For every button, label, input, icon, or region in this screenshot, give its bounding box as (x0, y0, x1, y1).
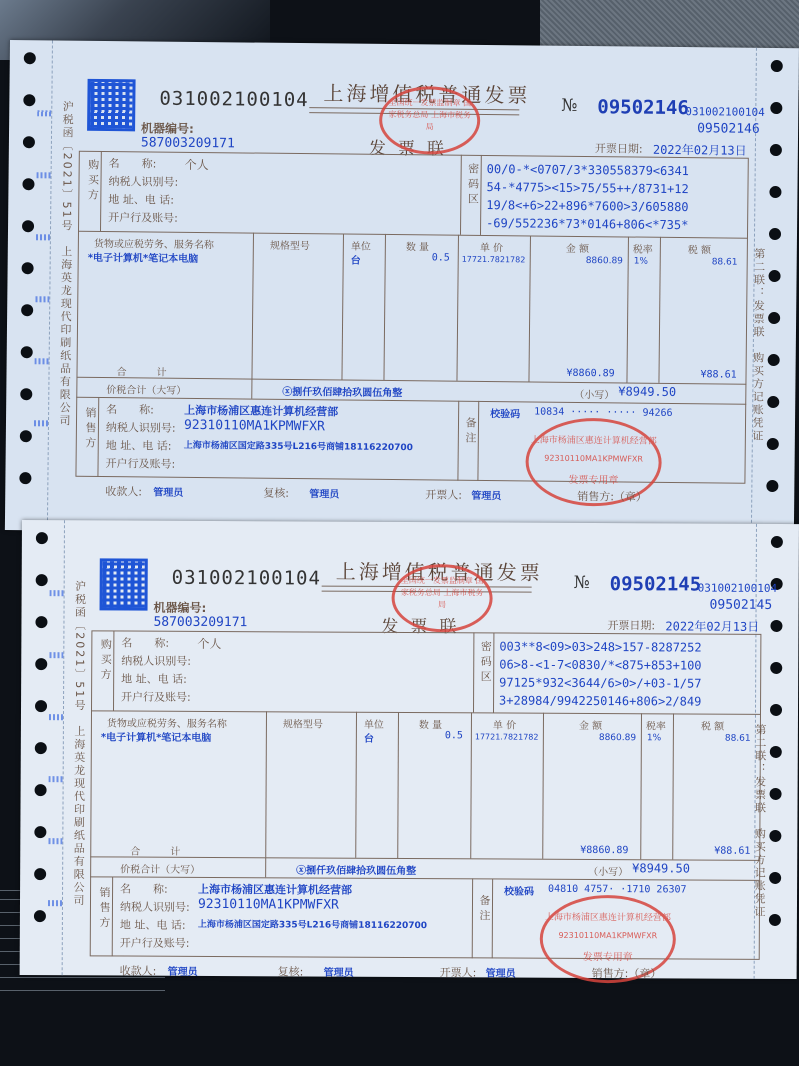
printer-side-label: 沪税函〔2021〕51号 上海英龙现代印刷纸品有限公司 (70, 580, 88, 907)
check-code: 10834 ····· ····· 94266 (534, 407, 673, 419)
check-code: 04810 4757· ·1710 26307 (548, 884, 687, 896)
item-price: 17721.7821782 (462, 255, 526, 265)
col-header-rate: 税率 (646, 717, 666, 732)
margin-print-mark (48, 900, 62, 906)
total-amount: ¥8860.89 (566, 368, 614, 380)
item-rate: 1% (634, 257, 648, 267)
col-header-unit: 单位 (364, 716, 384, 731)
grand-total-label: 价税合计（大写） (106, 381, 186, 397)
margin-print-mark (36, 234, 50, 240)
invoice-09502146: 031002100104 上海增值税普通发票 发票联 全国统一发票监制章 国家税… (5, 40, 799, 538)
grand-total: ¥8949.50 (632, 861, 690, 875)
col-header-spec: 规格型号 (270, 237, 310, 252)
issuer: 管理员 (486, 964, 516, 979)
seller-section-label: 销售方 (82, 407, 98, 452)
grand-total-small-label: （小写） (588, 863, 628, 878)
col-header-price: 单 价 (493, 716, 516, 731)
seller-section-label: 销售方 (96, 886, 112, 931)
invoice-date: 2022年02月13日 (665, 617, 759, 634)
seller-bank-label: 开户行及账号: (120, 935, 190, 951)
item-amount: 8860.89 (599, 733, 636, 743)
item-qty: 0.5 (445, 730, 463, 741)
col-header-amount: 金 额 (566, 240, 589, 255)
reviewer: 管理员 (324, 964, 354, 979)
issuer: 管理员 (471, 487, 501, 502)
invoice-number: 09502146 (597, 96, 689, 119)
margin-print-mark (37, 172, 51, 178)
perforation-left (62, 520, 65, 975)
machine-number: 587003209171 (153, 615, 247, 630)
grand-total-words: ⓧ捌仟玖佰肆拾玖圆伍角整 (296, 861, 416, 877)
seller-tax-id: 92310110MA1KPMWFXR (198, 897, 339, 913)
seller-tax-id: 92310110MA1KPMWFXR (184, 418, 325, 434)
grand-total: ¥8949.50 (618, 384, 676, 399)
buyer-name: 个人 (197, 635, 221, 652)
margin-print-mark (35, 296, 49, 302)
buyer-address-label: 地 址、电 话: (108, 191, 174, 208)
invoice-code: 031002100104 (172, 567, 321, 590)
seller-tax-id-label: 纳税人识别号: (120, 899, 190, 915)
item-name: *电子计算机*笔记本电脑 (101, 728, 212, 744)
seller-name: 上海市杨浦区惠连计算机经营部 (184, 402, 338, 420)
remarks-label: 备注 (462, 417, 478, 447)
tractor-holes-right (766, 48, 785, 538)
col-header-spec: 规格型号 (283, 715, 323, 730)
buyer-name-label: 名 称: (109, 155, 157, 171)
buyer-section-label: 购买方 (84, 159, 100, 204)
item-tax: 88.61 (725, 734, 751, 744)
buyer-tax-id-label: 纳税人识别号: (121, 653, 191, 669)
machine-number-label: 机器编号: (141, 119, 194, 137)
issuer-label: 开票人: (440, 964, 477, 980)
seller-name-label: 名 称: (120, 881, 168, 897)
margin-print-mark (49, 652, 63, 658)
machine-number-label: 机器编号: (154, 599, 207, 616)
copy-side-label: 第二联：发票联 购买方记账凭证 (751, 724, 768, 919)
seller-name: 上海市杨浦区惠连计算机经营部 (198, 881, 352, 898)
margin-print-mark (34, 420, 48, 426)
payee-label: 收款人: (120, 963, 157, 979)
invoice-number-small: 09502146 (697, 121, 760, 137)
printer-side-label: 沪税函〔2021〕51号 上海英龙现代印刷纸品有限公司 (56, 101, 75, 428)
total-amount: ¥8860.89 (580, 845, 628, 856)
divider (251, 379, 252, 399)
item-qty: 0.5 (432, 252, 450, 263)
item-tax: 88.61 (712, 257, 738, 267)
reviewer: 管理员 (309, 485, 339, 500)
invoice-code-small: 031002100104 (698, 582, 778, 595)
cipher-text: 003**8<09>03>248>157-8287252 06>8-<1-7<0… (499, 638, 702, 711)
col-header-unit: 单位 (351, 238, 371, 253)
seller-address: 上海市杨浦区国定路335号L216号商铺18116220700 (198, 917, 427, 931)
invoice-number-small: 09502145 (710, 598, 773, 613)
total-label: 合 计 (116, 363, 166, 379)
seller-name-label: 名 称: (106, 401, 154, 417)
buyer-address-label: 地 址、电 话: (121, 671, 187, 687)
number-symbol: № (574, 573, 590, 593)
invoice-code-small: 031002100104 (685, 105, 765, 119)
total-label: 合 计 (130, 843, 180, 858)
col-header-price: 单 价 (480, 239, 503, 254)
reviewer-label: 复核: (263, 485, 289, 501)
invoice-code: 031002100104 (159, 88, 309, 112)
item-amount: 8860.89 (586, 256, 623, 266)
issuer-label: 开票人: (425, 486, 462, 502)
tractor-holes-left (19, 40, 38, 530)
item-name: *电子计算机*笔记本电脑 (88, 249, 199, 265)
divider (265, 857, 266, 877)
number-symbol: № (561, 96, 577, 116)
remarks-label: 备注 (476, 894, 492, 924)
payee-label: 收款人: (105, 483, 142, 499)
reviewer-label: 复核: (278, 963, 304, 979)
machine-number: 587003209171 (141, 135, 235, 151)
invoice-09502145: 031002100104 上海增值税普通发票 发票联 全国统一发票监制章 国家税… (20, 520, 799, 979)
margin-print-mark (48, 838, 62, 844)
margin-print-mark (35, 358, 49, 364)
buyer-section-label: 购买方 (97, 638, 113, 683)
total-tax: ¥88.61 (700, 369, 736, 380)
tax-bureau-stamp: 全国统一发票监制章 国家税务总局 上海市税务局 (391, 564, 492, 633)
item-price: 17721.7821782 (475, 732, 539, 741)
buyer-tax-id-label: 纳税人识别号: (108, 173, 178, 190)
date-label: 开票日期: (607, 617, 655, 633)
margin-print-mark (49, 714, 63, 720)
check-code-label: 校验码 (504, 883, 534, 898)
payee: 管理员 (153, 484, 183, 499)
grand-total-small-label: （小写） (574, 386, 614, 401)
buyer-name: 个人 (185, 156, 209, 173)
cipher-area-label: 密码区 (464, 163, 480, 208)
seller-address: 上海市杨浦区国定路335号L216号商铺18116220700 (184, 438, 413, 453)
grand-total-words: ⓧ捌仟玖佰肆拾玖圆伍角整 (282, 383, 402, 399)
col-header-rate: 税率 (633, 241, 653, 256)
buyer-name-label: 名 称: (121, 635, 169, 651)
seller-sign-label: 销售方:（章） (592, 965, 662, 981)
buyer-bank-label: 开户行及账号: (108, 209, 178, 226)
invoice-number: 09502145 (610, 573, 702, 595)
cipher-text: 00/0-*<0707/3*330558379<6341 54-*4775><1… (486, 160, 689, 234)
col-header-amount: 金 额 (579, 717, 602, 732)
col-header-qty: 数 量 (406, 238, 429, 253)
seller-bank-label: 开户行及账号: (105, 455, 175, 472)
tax-bureau-stamp: 全国统一发票监制章 国家税务总局 上海市税务局 (379, 86, 481, 155)
col-header-tax: 税 额 (701, 718, 724, 733)
seller-sign-label: 销售方:（章） (577, 488, 647, 505)
copy-side-label: 第二联：发票联 购买方记账凭证 (749, 248, 767, 443)
col-header-tax: 税 额 (688, 241, 711, 256)
check-code-label: 校验码 (490, 405, 520, 420)
seller-tax-id-label: 纳税人识别号: (106, 419, 176, 436)
seller-address-label: 地 址、电 话: (106, 437, 172, 454)
item-rate: 1% (647, 733, 661, 743)
date-label: 开票日期: (595, 140, 643, 156)
margin-print-mark (50, 590, 64, 596)
seller-address-label: 地 址、电 话: (120, 917, 186, 933)
buyer-bank-label: 开户行及账号: (121, 689, 191, 705)
margin-print-mark (37, 110, 51, 116)
item-unit: 台 (351, 252, 361, 267)
tractor-holes-left (34, 520, 50, 975)
col-header-qty: 数 量 (419, 716, 442, 731)
cipher-area-label: 密码区 (477, 640, 493, 685)
margin-print-mark (49, 776, 63, 782)
item-unit: 台 (364, 730, 374, 745)
payee: 管理员 (168, 963, 198, 978)
qr-code-icon (100, 558, 148, 610)
qr-code-icon (87, 79, 136, 131)
total-tax: ¥88.61 (714, 846, 750, 857)
grand-total-label: 价税合计（大写） (120, 861, 200, 876)
